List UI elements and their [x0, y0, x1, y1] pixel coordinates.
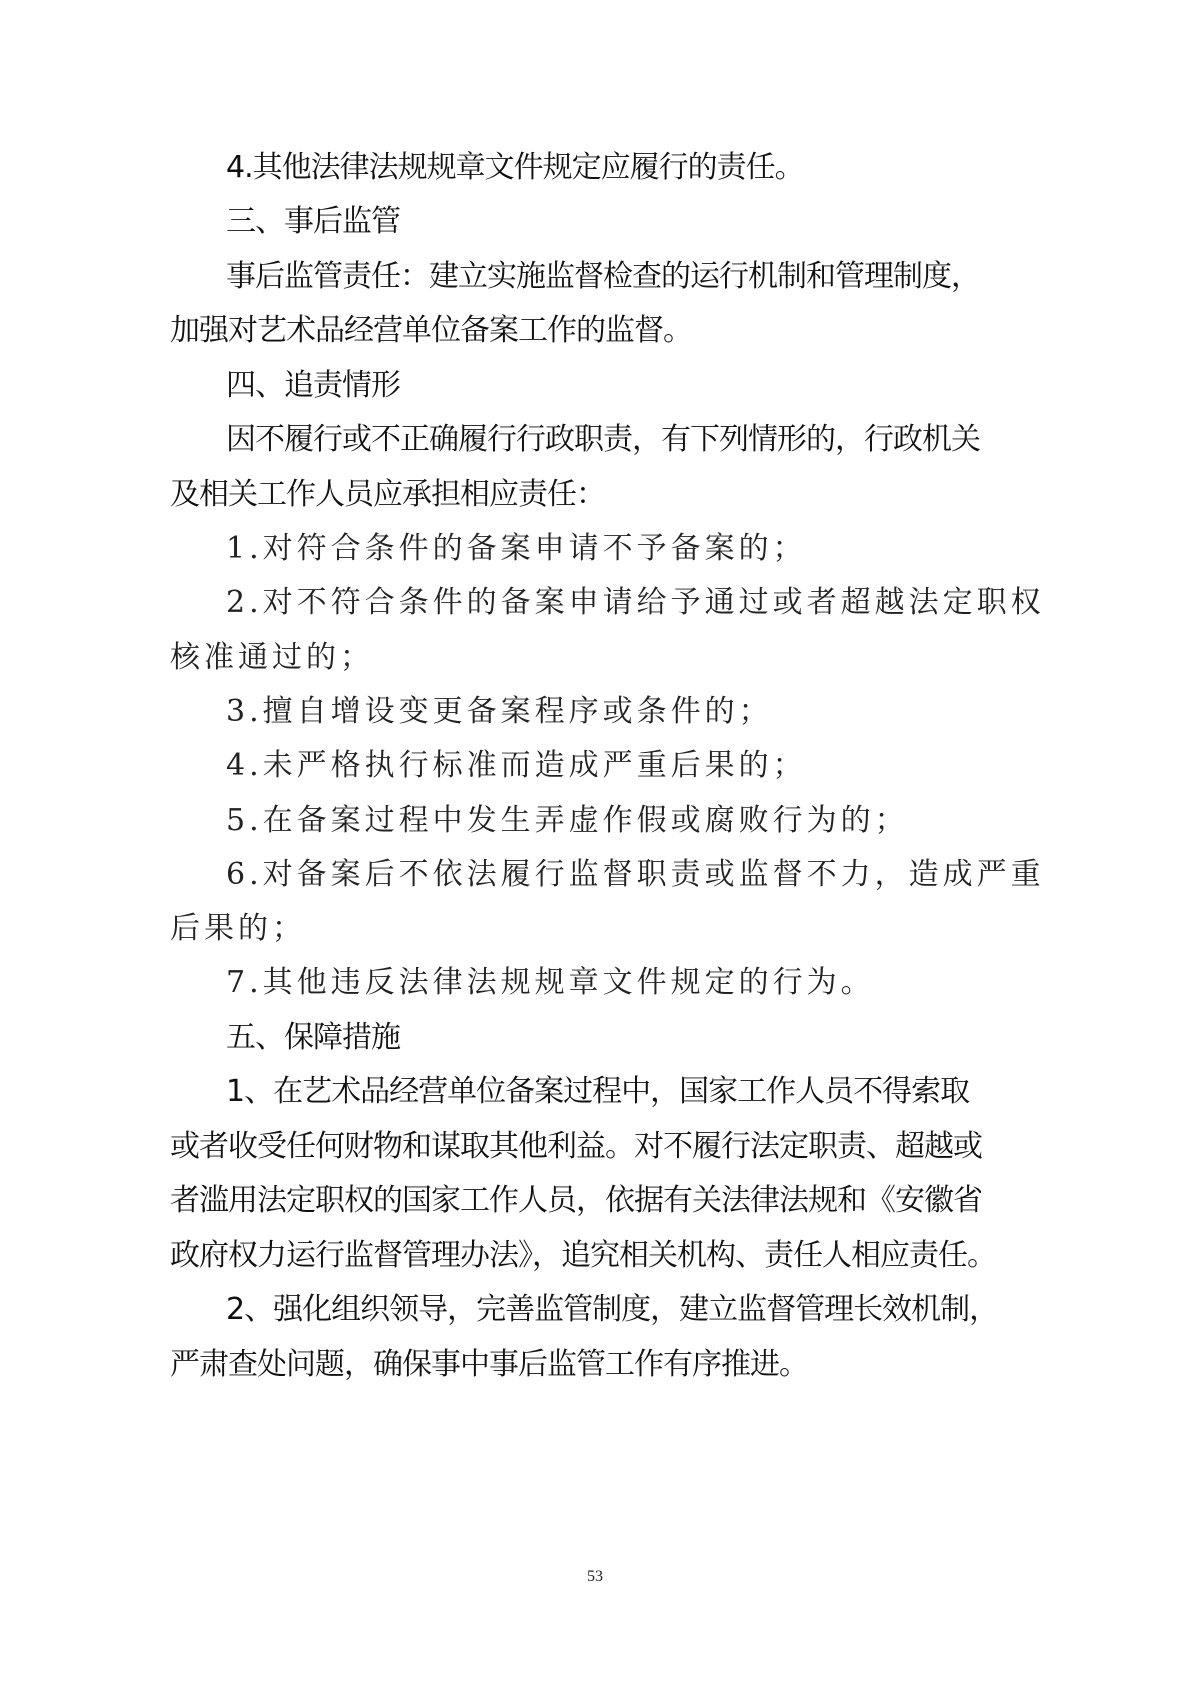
paragraph-line: 及相关工作人员应承担相应责任： [170, 475, 605, 515]
paragraph-line: 者滥用法定职权的国家工作人员，依据有关法律法规和《安徽省 [170, 1181, 982, 1221]
paragraph-line: 事后监管责任：建立实施监督检查的运行机制和管理制度， [226, 257, 980, 297]
list-item: 1.对符合条件的备案申请不予备案的； [226, 529, 807, 569]
paragraph-line: 2、强化组织领导，完善监管制度，建立监督管理长效机制， [226, 1290, 998, 1330]
document-page: 4.其他法律法规规章文件规定应履行的责任。 三、事后监管 事后监管责任：建立实施… [0, 0, 1190, 1683]
section-heading: 三、事后监管 [226, 202, 400, 242]
list-item-continuation: 后果的； [170, 909, 306, 949]
list-item: 3.擅自增设变更备案程序或条件的； [226, 692, 773, 732]
paragraph-line: 政府权力运行监督管理办法》，追究相关机构、责任人相应责任。 [170, 1236, 996, 1276]
paragraph-line: 因不履行或不正确履行行政职责，有下列情形的，行政机关 [226, 420, 980, 460]
list-item: 7.其他违反法律法规规章文件规定的行为。 [226, 963, 875, 1003]
list-item-continuation: 核准通过的； [170, 638, 374, 678]
paragraph-line: 4.其他法律法规规章文件规定应履行的责任。 [226, 148, 804, 188]
paragraph-line: 严肃查处问题，确保事中事后监管工作有序推进。 [170, 1345, 808, 1385]
page-number: 53 [0, 1568, 1190, 1586]
section-heading: 五、保障措施 [226, 1018, 400, 1058]
paragraph-line: 加强对艺术品经营单位备案工作的监督。 [170, 311, 692, 351]
list-item: 2.对不符合条件的备案申请给予通过或者超越法定职权 [226, 583, 1045, 623]
section-heading: 四、追责情形 [226, 366, 400, 406]
paragraph-line: 或者收受任何财物和谋取其他利益。对不履行法定职责、超越或 [170, 1127, 982, 1167]
list-item: 6.对备案后不依法履行监督职责或监督不力，造成严重 [226, 855, 1045, 895]
paragraph-line: 1、在艺术品经营单位备案过程中，国家工作人员不得索取 [226, 1072, 969, 1112]
list-item: 4.未严格执行标准而造成严重后果的； [226, 746, 807, 786]
list-item: 5.在备案过程中发生弄虚作假或腐败行为的； [226, 801, 909, 841]
